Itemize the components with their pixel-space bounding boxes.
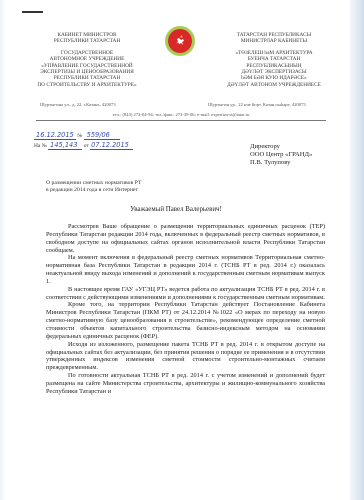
letter-body: Рассмотрев Ваше обращение о размещении т… bbox=[46, 223, 325, 396]
outgoing-registration: 16.12.2015 № 559/06 bbox=[34, 131, 120, 140]
letterhead-right: ТАТАРСТАН РЕСПУБЛИКАСЫ МИНИСТРЛАР КАБИНЕ… bbox=[214, 32, 334, 88]
reply-label: На № bbox=[34, 143, 47, 149]
reply-number: 145,143 bbox=[48, 141, 82, 150]
coat-of-arms-icon bbox=[165, 26, 195, 56]
outgoing-number: 559/06 bbox=[84, 131, 120, 140]
reply-registration: На № 145,143 от 07.12.2015 bbox=[34, 141, 133, 150]
subject-line: О размещении сметных нормативов РТ bbox=[46, 180, 141, 187]
institution-line: ДӘҮЛӘТ АВТОНОМ УЧРЕЖДЕНИЕСЕ bbox=[214, 82, 334, 88]
scan-edge-shadow bbox=[350, 0, 364, 500]
address-left: Шуртыгина ул., д. 22, г.Казань, 420073 bbox=[40, 102, 116, 107]
letterhead-left: КАБИНЕТ МИНИСТРОВ РЕСПУБЛИКИ ТАТАРСТАН Г… bbox=[22, 32, 152, 88]
snow-leopard-icon bbox=[174, 35, 186, 47]
reply-date: 07.12.2015 bbox=[90, 141, 133, 150]
header-divider bbox=[36, 120, 326, 121]
paragraph: Исходя из изложенного, размещение пакета… bbox=[46, 341, 325, 372]
addressee-name: П.В. Тулупову bbox=[250, 159, 312, 167]
paragraph: Кроме того, на территории Республики Тат… bbox=[46, 301, 325, 340]
corner-mark bbox=[22, 11, 43, 13]
greeting: Уважаемый Павел Валерьевич! bbox=[0, 206, 352, 213]
paragraph: Рассмотрев Ваше обращение о размещении т… bbox=[46, 223, 325, 254]
paragraph: В настоящее время ГАУ «УГЭЦ РТ» ведется … bbox=[46, 286, 325, 302]
scan-edge-shadow bbox=[0, 0, 6, 500]
letter-page: КАБИНЕТ МИНИСТРОВ РЕСПУБЛИКИ ТАТАРСТАН Г… bbox=[0, 0, 352, 500]
subject-block: О размещении сметных нормативов РТ в ред… bbox=[46, 180, 141, 194]
from-label: от bbox=[84, 143, 89, 149]
institution-line: ПО СТРОИТЕЛЬСТВУ И АРХИТЕКТУРЕ» bbox=[22, 82, 152, 88]
addressee-position: Директору bbox=[250, 143, 312, 151]
outgoing-date: 16.12.2015 bbox=[34, 131, 76, 140]
contact-line: тел.: (843) 272-04-94; тел./факс: 273-39… bbox=[36, 112, 326, 117]
address-right: Шуртыгин ур., 22 нче йорт, Казан шәһәре,… bbox=[208, 102, 306, 107]
paragraph: По готовности актуальная ТСНБ РТ в ред. … bbox=[46, 372, 325, 396]
subject-line: в редакции 2014 года в сети Интернет bbox=[46, 187, 141, 194]
addressee-block: Директору ООО Центр «ГРАНД» П.В. Тулупов… bbox=[250, 143, 312, 168]
addressee-organization: ООО Центр «ГРАНД» bbox=[250, 151, 312, 159]
number-label: № bbox=[77, 133, 82, 139]
paragraph: На момент включения в федеральный реестр… bbox=[46, 254, 325, 285]
